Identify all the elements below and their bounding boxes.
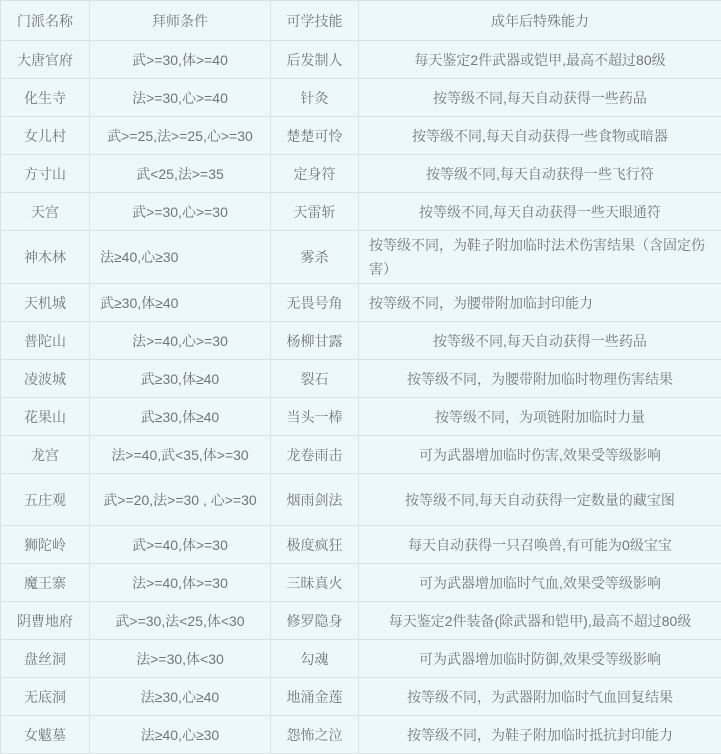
- ability-cell: 按等级不同，为武器附加临时气血回复结果: [359, 678, 721, 716]
- skill-cell: 烟雨剑法: [271, 474, 359, 526]
- sect-name-cell: 龙宫: [1, 436, 90, 474]
- sect-name-cell: 大唐官府: [1, 41, 90, 79]
- table-row: 化生寺法>=30,心>=40针灸按等级不同,每天自动获得一些药品: [1, 79, 721, 117]
- table-body: 大唐官府武>=30,体>=40后发制人每天鉴定2件武器或铠甲,最高不超过80级化…: [1, 41, 721, 754]
- skill-cell: 当头一棒: [271, 398, 359, 436]
- sect-name-cell: 化生寺: [1, 79, 90, 117]
- condition-cell: 武>=25,法>=25,心>=30: [90, 117, 271, 155]
- skill-cell: 裂石: [271, 360, 359, 398]
- table-row: 方寸山武<25,法>=35定身符按等级不同,每天自动获得一些飞行符: [1, 155, 721, 193]
- ability-cell: 可为武器增加临时防御,效果受等级影响: [359, 640, 721, 678]
- ability-cell: 每天鉴定2件武器或铠甲,最高不超过80级: [359, 41, 721, 79]
- skill-cell: 怨怖之泣: [271, 716, 359, 754]
- table-row: 花果山武≥30,体≥40当头一棒按等级不同，为项链附加临时力量: [1, 398, 721, 436]
- sect-ability-table: 门派名称 拜师条件 可学技能 成年后特殊能力 大唐官府武>=30,体>=40后发…: [0, 0, 721, 754]
- condition-cell: 法≥40,心≥30: [90, 716, 271, 754]
- ability-cell: 按等级不同，为鞋子附加临时法术伤害结果（含固定伤害）: [359, 231, 721, 284]
- condition-cell: 武≥30,体≥40: [90, 284, 271, 322]
- condition-cell: 武>=30,法<25,体<30: [90, 602, 271, 640]
- ability-cell: 按等级不同，为项链附加临时力量: [359, 398, 721, 436]
- condition-cell: 法≥30,心≥40: [90, 678, 271, 716]
- condition-cell: 法≥40,心≥30: [90, 231, 271, 284]
- table-row: 天机城武≥30,体≥40无畏号角按等级不同，为腰带附加临封印能力: [1, 284, 721, 322]
- sect-name-cell: 女儿村: [1, 117, 90, 155]
- column-header-learnable-skill: 可学技能: [271, 1, 359, 41]
- sect-name-cell: 无底洞: [1, 678, 90, 716]
- skill-cell: 楚楚可怜: [271, 117, 359, 155]
- skill-cell: 龙卷雨击: [271, 436, 359, 474]
- condition-cell: 武>=30,体>=40: [90, 41, 271, 79]
- table-row: 女儿村武>=25,法>=25,心>=30楚楚可怜按等级不同,每天自动获得一些食物…: [1, 117, 721, 155]
- condition-cell: 武>=40,体>=30: [90, 526, 271, 564]
- ability-cell: 按等级不同,每天自动获得一定数量的藏宝图: [359, 474, 721, 526]
- ability-cell: 按等级不同，为腰带附加临时物理伤害结果: [359, 360, 721, 398]
- skill-cell: 极度疯狂: [271, 526, 359, 564]
- ability-cell: 每天鉴定2件装备(除武器和铠甲),最高不超过80级: [359, 602, 721, 640]
- table-row: 魔王寨法>=40,体>=30三昧真火可为武器增加临时气血,效果受等级影响: [1, 564, 721, 602]
- skill-cell: 修罗隐身: [271, 602, 359, 640]
- column-header-adult-special-ability: 成年后特殊能力: [359, 1, 721, 41]
- skill-cell: 勾魂: [271, 640, 359, 678]
- table-row: 盘丝洞法>=30,体<30勾魂可为武器增加临时防御,效果受等级影响: [1, 640, 721, 678]
- condition-cell: 武<25,法>=35: [90, 155, 271, 193]
- sect-name-cell: 阴曹地府: [1, 602, 90, 640]
- table-row: 女魃墓法≥40,心≥30怨怖之泣按等级不同，为鞋子附加临时抵抗封印能力: [1, 716, 721, 754]
- skill-cell: 雾杀: [271, 231, 359, 284]
- condition-cell: 武≥30,体≥40: [90, 398, 271, 436]
- ability-cell: 按等级不同,每天自动获得一些食物或暗器: [359, 117, 721, 155]
- skill-cell: 地涌金莲: [271, 678, 359, 716]
- condition-cell: 法>=40,心>=30: [90, 322, 271, 360]
- condition-cell: 法>=40,武<35,体>=30: [90, 436, 271, 474]
- skill-cell: 三昧真火: [271, 564, 359, 602]
- table-row: 普陀山法>=40,心>=30杨柳甘露按等级不同,每天自动获得一些药品: [1, 322, 721, 360]
- table-row: 龙宫法>=40,武<35,体>=30龙卷雨击可为武器增加临时伤害,效果受等级影响: [1, 436, 721, 474]
- ability-cell: 按等级不同,每天自动获得一些药品: [359, 79, 721, 117]
- table-row: 狮陀岭武>=40,体>=30极度疯狂每天自动获得一只召唤兽,有可能为0级宝宝: [1, 526, 721, 564]
- skill-cell: 天雷斩: [271, 193, 359, 231]
- column-header-apprentice-condition: 拜师条件: [90, 1, 271, 41]
- column-header-sect-name: 门派名称: [1, 1, 90, 41]
- table-row: 无底洞法≥30,心≥40地涌金莲按等级不同，为武器附加临时气血回复结果: [1, 678, 721, 716]
- ability-cell: 按等级不同，为鞋子附加临时抵抗封印能力: [359, 716, 721, 754]
- sect-name-cell: 凌波城: [1, 360, 90, 398]
- table-row: 神木林法≥40,心≥30雾杀按等级不同，为鞋子附加临时法术伤害结果（含固定伤害）: [1, 231, 721, 284]
- sect-name-cell: 花果山: [1, 398, 90, 436]
- table-row: 天宫武>=30,心>=30天雷斩按等级不同,每天自动获得一些天眼通符: [1, 193, 721, 231]
- condition-cell: 武≥30,体≥40: [90, 360, 271, 398]
- ability-cell: 每天自动获得一只召唤兽,有可能为0级宝宝: [359, 526, 721, 564]
- header-row: 门派名称 拜师条件 可学技能 成年后特殊能力: [1, 1, 721, 41]
- ability-cell: 按等级不同,每天自动获得一些药品: [359, 322, 721, 360]
- ability-cell: 可为武器增加临时气血,效果受等级影响: [359, 564, 721, 602]
- skill-cell: 后发制人: [271, 41, 359, 79]
- ability-cell: 按等级不同,每天自动获得一些飞行符: [359, 155, 721, 193]
- skill-cell: 定身符: [271, 155, 359, 193]
- sect-name-cell: 狮陀岭: [1, 526, 90, 564]
- table-header: 门派名称 拜师条件 可学技能 成年后特殊能力: [1, 1, 721, 41]
- condition-cell: 武>=30,心>=30: [90, 193, 271, 231]
- sect-name-cell: 天机城: [1, 284, 90, 322]
- sect-name-cell: 盘丝洞: [1, 640, 90, 678]
- sect-name-cell: 魔王寨: [1, 564, 90, 602]
- ability-cell: 按等级不同，为腰带附加临封印能力: [359, 284, 721, 322]
- sect-name-cell: 五庄观: [1, 474, 90, 526]
- table-row: 凌波城武≥30,体≥40裂石按等级不同，为腰带附加临时物理伤害结果: [1, 360, 721, 398]
- condition-cell: 武>=20,法>=30 , 心>=30: [90, 474, 271, 526]
- condition-cell: 法>=30,心>=40: [90, 79, 271, 117]
- table-row: 阴曹地府武>=30,法<25,体<30修罗隐身每天鉴定2件装备(除武器和铠甲),…: [1, 602, 721, 640]
- sect-name-cell: 女魃墓: [1, 716, 90, 754]
- table-row: 五庄观武>=20,法>=30 , 心>=30烟雨剑法按等级不同,每天自动获得一定…: [1, 474, 721, 526]
- sect-name-cell: 天宫: [1, 193, 90, 231]
- ability-cell: 可为武器增加临时伤害,效果受等级影响: [359, 436, 721, 474]
- skill-cell: 针灸: [271, 79, 359, 117]
- sect-name-cell: 神木林: [1, 231, 90, 284]
- condition-cell: 法>=30,体<30: [90, 640, 271, 678]
- condition-cell: 法>=40,体>=30: [90, 564, 271, 602]
- skill-cell: 杨柳甘露: [271, 322, 359, 360]
- sect-name-cell: 方寸山: [1, 155, 90, 193]
- skill-cell: 无畏号角: [271, 284, 359, 322]
- ability-cell: 按等级不同,每天自动获得一些天眼通符: [359, 193, 721, 231]
- sect-name-cell: 普陀山: [1, 322, 90, 360]
- table-row: 大唐官府武>=30,体>=40后发制人每天鉴定2件武器或铠甲,最高不超过80级: [1, 41, 721, 79]
